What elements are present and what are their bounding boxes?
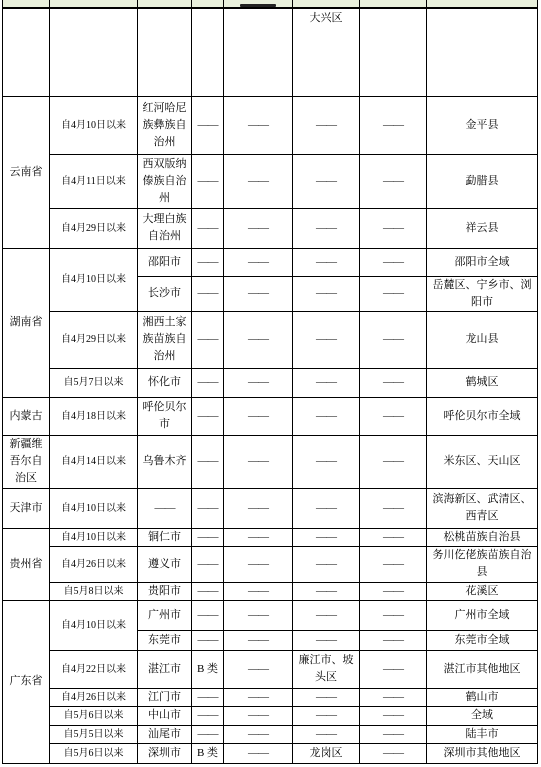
cell-col5: —— xyxy=(224,435,293,488)
cell-col5: —— xyxy=(224,743,293,763)
cell-province: 内蒙古 xyxy=(3,397,50,435)
cell-area: 邵阳市全域 xyxy=(427,248,538,276)
cell-area: 祥云县 xyxy=(427,208,538,248)
cell-category: —— xyxy=(192,528,224,546)
cell-area: 鹤山市 xyxy=(427,688,538,706)
cell-category: B 类 xyxy=(192,743,224,763)
cell-city: 贵阳市 xyxy=(138,582,192,600)
cell-area: 务川仡佬族苗族自治县 xyxy=(427,546,538,582)
cell-date: 自4月10日以来 xyxy=(50,528,138,546)
cell-area: 龙山县 xyxy=(427,311,538,368)
cell-col7: —— xyxy=(360,743,427,763)
cell-province: 天津市 xyxy=(3,488,50,528)
header-cell xyxy=(3,0,50,8)
cell-district: —— xyxy=(293,600,360,630)
cell-date: 自4月10日以来 xyxy=(50,488,138,528)
cell-district: 大兴区 xyxy=(293,8,360,96)
cell-category: —— xyxy=(192,248,224,276)
table-row: 天津市 自4月10日以来 —— —— —— —— —— 滨海新区、武清区、西青区 xyxy=(3,488,538,528)
table-row: 自4月22日以来 湛江市 B 类 —— 廉江市、坡头区 —— 湛江市其他地区 xyxy=(3,650,538,688)
cell-area: 湛江市其他地区 xyxy=(427,650,538,688)
cell-city: 中山市 xyxy=(138,706,192,725)
cell-col5: —— xyxy=(224,650,293,688)
cell-date: 自5月6日以来 xyxy=(50,706,138,725)
header-cell xyxy=(427,0,538,8)
cell-city: 怀化市 xyxy=(138,368,192,397)
table-row: 自5月7日以来 怀化市 —— —— —— —— 鹤城区 xyxy=(3,368,538,397)
cell-col7: —— xyxy=(360,630,427,650)
table-row: 自5月5日以来 汕尾市 —— —— —— —— 陆丰市 xyxy=(3,725,538,743)
empty-cell xyxy=(360,8,427,96)
cell-col7: —— xyxy=(360,248,427,276)
header-cell xyxy=(224,0,293,8)
empty-cell xyxy=(427,8,538,96)
cell-province: 贵州省 xyxy=(3,528,50,600)
cell-col7: —— xyxy=(360,725,427,743)
cell-city: 广州市 xyxy=(138,600,192,630)
header-cell xyxy=(293,0,360,8)
cell-category: —— xyxy=(192,688,224,706)
empty-cell xyxy=(50,8,138,96)
header-cell xyxy=(50,0,138,8)
table-row: 自4月11日以来 西双版纳傣族自治州 —— —— —— —— 勐腊县 xyxy=(3,154,538,208)
empty-cell xyxy=(3,8,50,96)
cell-category: B 类 xyxy=(192,650,224,688)
cell-city: 湛江市 xyxy=(138,650,192,688)
cell-col5: —— xyxy=(224,368,293,397)
cell-date: 自4月26日以来 xyxy=(50,688,138,706)
cell-category: —— xyxy=(192,276,224,311)
cell-city: 长沙市 xyxy=(138,276,192,311)
cell-category: —— xyxy=(192,397,224,435)
cell-col5: —— xyxy=(224,600,293,630)
cell-date: 自4月29日以来 xyxy=(50,208,138,248)
header-cell xyxy=(192,0,224,8)
cell-district: —— xyxy=(293,208,360,248)
cell-city: 西双版纳傣族自治州 xyxy=(138,154,192,208)
cell-date: 自4月22日以来 xyxy=(50,650,138,688)
table-row: 新疆维吾尔自治区 自4月14日以来 乌鲁木齐 —— —— —— —— 米东区、天… xyxy=(3,435,538,488)
cell-district: —— xyxy=(293,582,360,600)
cell-district: —— xyxy=(293,488,360,528)
cell-category: —— xyxy=(192,154,224,208)
cell-city: 遵义市 xyxy=(138,546,192,582)
cell-col7: —— xyxy=(360,96,427,154)
cell-district: —— xyxy=(293,546,360,582)
cell-date: 自5月7日以来 xyxy=(50,368,138,397)
cell-province: 湖南省 xyxy=(3,248,50,397)
cell-area: 呼伦贝尔市全域 xyxy=(427,397,538,435)
cell-col5: —— xyxy=(224,311,293,368)
table-row: 自4月26日以来 遵义市 —— —— —— —— 务川仡佬族苗族自治县 xyxy=(3,546,538,582)
cell-date: 自5月8日以来 xyxy=(50,582,138,600)
cell-category: —— xyxy=(192,311,224,368)
cell-area: 深圳市其他地区 xyxy=(427,743,538,763)
empty-cell xyxy=(138,8,192,96)
cell-district: —— xyxy=(293,248,360,276)
cell-district: —— xyxy=(293,630,360,650)
cell-col5: —— xyxy=(224,397,293,435)
cell-date: 自4月10日以来 xyxy=(50,96,138,154)
cell-category: —— xyxy=(192,435,224,488)
cell-area: 花溪区 xyxy=(427,582,538,600)
cell-area: 鹤城区 xyxy=(427,368,538,397)
table-row: 自4月29日以来 大理白族自治州 —— —— —— —— 祥云县 xyxy=(3,208,538,248)
cell-area: 松桃苗族自治县 xyxy=(427,528,538,546)
cell-col7: —— xyxy=(360,488,427,528)
header-cell xyxy=(360,0,427,8)
table-row: 自5月6日以来 中山市 —— —— —— —— 全域 xyxy=(3,706,538,725)
cell-city: 湘西土家族苗族自治州 xyxy=(138,311,192,368)
cell-category: —— xyxy=(192,725,224,743)
cell-date: 自4月10日以来 xyxy=(50,248,138,311)
cell-col7: —— xyxy=(360,582,427,600)
cell-col5: —— xyxy=(224,546,293,582)
cell-area: 岳麓区、宁乡市、浏阳市 xyxy=(427,276,538,311)
cell-date: 自4月14日以来 xyxy=(50,435,138,488)
cell-col5: —— xyxy=(224,154,293,208)
cell-category: —— xyxy=(192,208,224,248)
cell-city: 深圳市 xyxy=(138,743,192,763)
cell-district: 廉江市、坡头区 xyxy=(293,650,360,688)
empty-cell xyxy=(192,8,224,96)
cell-col5: —— xyxy=(224,706,293,725)
cell-date: 自4月10日以来 xyxy=(50,600,138,650)
cell-district: —— xyxy=(293,435,360,488)
cell-area: 陆丰市 xyxy=(427,725,538,743)
cell-area: 广州市全域 xyxy=(427,600,538,630)
cell-col7: —— xyxy=(360,276,427,311)
table-row: 内蒙古 自4月18日以来 呼伦贝尔市 —— —— —— —— 呼伦贝尔市全域 xyxy=(3,397,538,435)
cell-area: 勐腊县 xyxy=(427,154,538,208)
cell-province: 云南省 xyxy=(3,96,50,248)
cell-category: —— xyxy=(192,96,224,154)
cell-category: —— xyxy=(192,488,224,528)
cell-col5: —— xyxy=(224,528,293,546)
cell-district: —— xyxy=(293,706,360,725)
cell-col7: —— xyxy=(360,311,427,368)
cell-col7: —— xyxy=(360,706,427,725)
cell-category: —— xyxy=(192,368,224,397)
table-row: 广东省 自4月10日以来 广州市 —— —— —— —— 广州市全域 xyxy=(3,600,538,630)
cell-district: —— xyxy=(293,154,360,208)
cell-col7: —— xyxy=(360,600,427,630)
header-cell xyxy=(138,0,192,8)
table-header-row xyxy=(3,0,538,8)
cell-city: 东莞市 xyxy=(138,630,192,650)
cell-col7: —— xyxy=(360,154,427,208)
cell-district: —— xyxy=(293,688,360,706)
cell-city: 汕尾市 xyxy=(138,725,192,743)
cell-col7: —— xyxy=(360,208,427,248)
cell-col7: —— xyxy=(360,397,427,435)
cell-area: 金平县 xyxy=(427,96,538,154)
cell-district: —— xyxy=(293,276,360,311)
cell-col5: —— xyxy=(224,630,293,650)
cell-col7: —— xyxy=(360,688,427,706)
cell-area: 东莞市全域 xyxy=(427,630,538,650)
cell-city: 大理白族自治州 xyxy=(138,208,192,248)
cell-col7: —— xyxy=(360,368,427,397)
cell-category: —— xyxy=(192,582,224,600)
cell-city: 江门市 xyxy=(138,688,192,706)
cell-category: —— xyxy=(192,546,224,582)
table-row: 湖南省 自4月10日以来 邵阳市 —— —— —— —— 邵阳市全域 xyxy=(3,248,538,276)
cell-district: 龙岗区 xyxy=(293,743,360,763)
cell-col5: —— xyxy=(224,488,293,528)
cell-district: —— xyxy=(293,368,360,397)
cell-col7: —— xyxy=(360,435,427,488)
table-row: 自4月29日以来 湘西土家族苗族自治州 —— —— —— —— 龙山县 xyxy=(3,311,538,368)
cell-date: 自4月29日以来 xyxy=(50,311,138,368)
cell-col5: —— xyxy=(224,208,293,248)
travel-restriction-table: 大兴区 云南省 自4月10日以来 红河哈尼族彝族自治州 —— —— —— —— … xyxy=(2,0,538,764)
cell-category: —— xyxy=(192,706,224,725)
table-row: 贵州省 自4月10日以来 铜仁市 —— —— —— —— 松桃苗族自治县 xyxy=(3,528,538,546)
cell-city: 呼伦贝尔市 xyxy=(138,397,192,435)
table-row: 云南省 自4月10日以来 红河哈尼族彝族自治州 —— —— —— —— 金平县 xyxy=(3,96,538,154)
cell-city: 红河哈尼族彝族自治州 xyxy=(138,96,192,154)
cell-col5: —— xyxy=(224,725,293,743)
cell-city: 铜仁市 xyxy=(138,528,192,546)
cell-col5: —— xyxy=(224,96,293,154)
clipped-header-text xyxy=(240,4,276,7)
cell-city: —— xyxy=(138,488,192,528)
cell-province: 新疆维吾尔自治区 xyxy=(3,435,50,488)
cell-area: 米东区、天山区 xyxy=(427,435,538,488)
table-row: 自4月26日以来 江门市 —— —— —— —— 鹤山市 xyxy=(3,688,538,706)
cell-date: 自5月5日以来 xyxy=(50,725,138,743)
cell-date: 自4月18日以来 xyxy=(50,397,138,435)
cell-district: —— xyxy=(293,528,360,546)
cell-city: 乌鲁木齐 xyxy=(138,435,192,488)
cell-category: —— xyxy=(192,600,224,630)
cell-col7: —— xyxy=(360,546,427,582)
cell-category: —— xyxy=(192,630,224,650)
cell-col7: —— xyxy=(360,528,427,546)
table-row: 自5月6日以来 深圳市 B 类 —— 龙岗区 —— 深圳市其他地区 xyxy=(3,743,538,763)
cell-col5: —— xyxy=(224,248,293,276)
empty-cell xyxy=(224,8,293,96)
cell-city: 邵阳市 xyxy=(138,248,192,276)
cell-district: —— xyxy=(293,311,360,368)
cell-col7: —— xyxy=(360,650,427,688)
cell-date: 自5月6日以来 xyxy=(50,743,138,763)
cell-district: —— xyxy=(293,397,360,435)
cell-province: 广东省 xyxy=(3,600,50,763)
cell-col5: —— xyxy=(224,582,293,600)
table-row: 自5月8日以来 贵阳市 —— —— —— —— 花溪区 xyxy=(3,582,538,600)
cell-date: 自4月26日以来 xyxy=(50,546,138,582)
cell-col5: —— xyxy=(224,688,293,706)
cell-date: 自4月11日以来 xyxy=(50,154,138,208)
cell-area: 滨海新区、武清区、西青区 xyxy=(427,488,538,528)
cell-district: —— xyxy=(293,725,360,743)
cell-area: 全域 xyxy=(427,706,538,725)
partial-row: 大兴区 xyxy=(3,8,538,96)
cell-district: —— xyxy=(293,96,360,154)
cell-col5: —— xyxy=(224,276,293,311)
